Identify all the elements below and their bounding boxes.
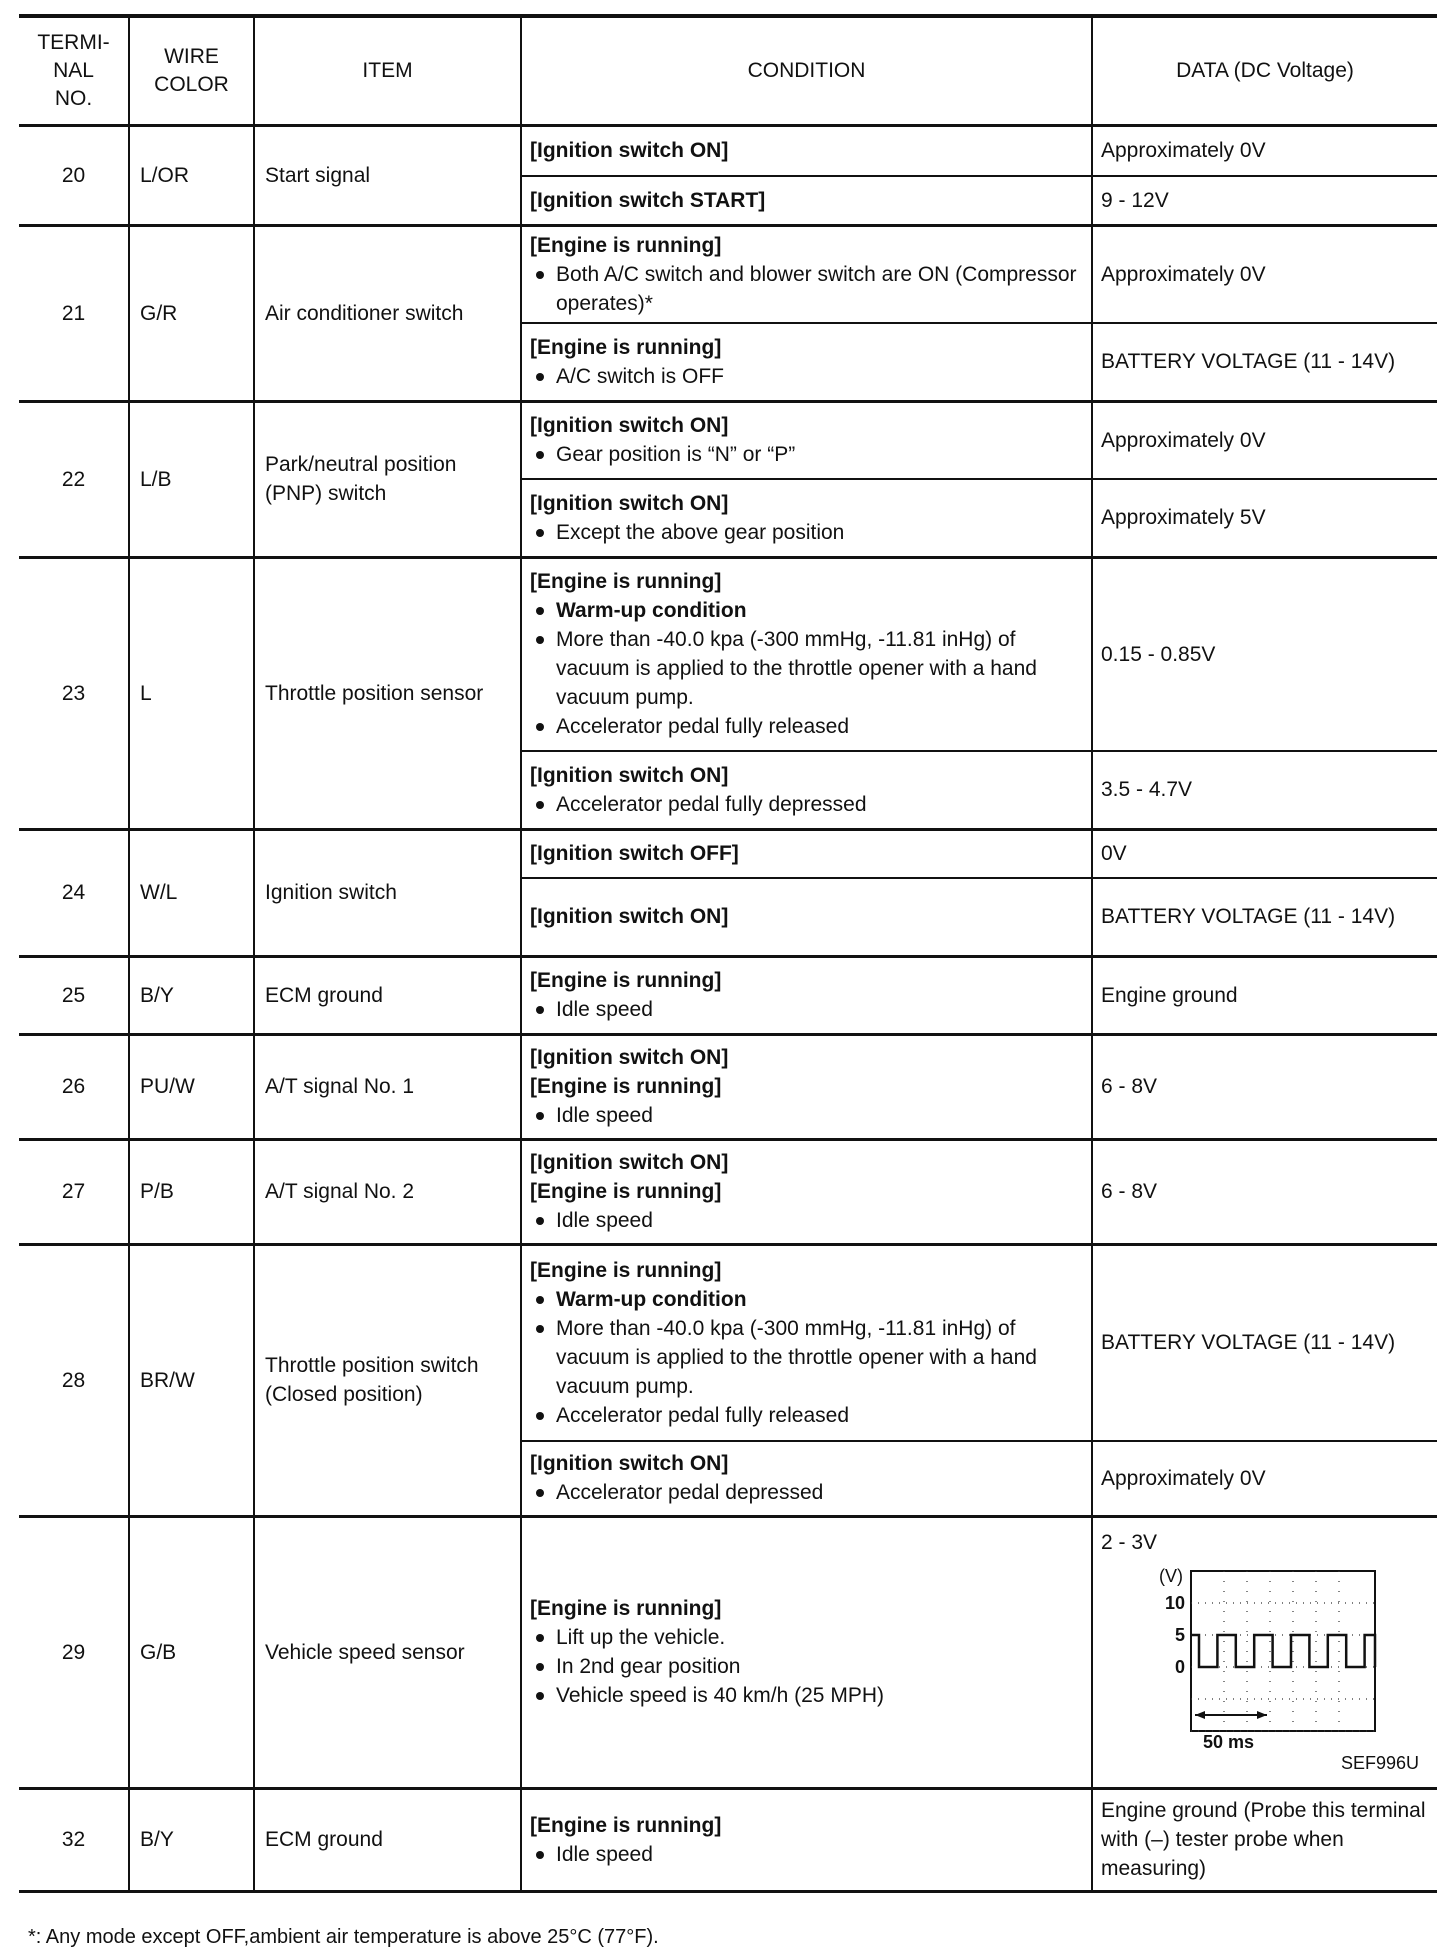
condition-heading: [Engine is running] <box>530 1177 1083 1206</box>
condition-bullet: Lift up the vehicle. <box>530 1623 1083 1652</box>
item-name: Ignition switch <box>254 829 521 956</box>
header-wire-line: WIRE <box>164 45 219 68</box>
condition-bullet: A/C switch is OFF <box>530 362 1083 391</box>
condition-cell: [Engine is running]A/C switch is OFF <box>521 323 1092 401</box>
header-terminal-line: TERMI- <box>37 31 109 54</box>
terminal-number: 21 <box>19 226 129 402</box>
data-value-cell: BATTERY VOLTAGE (11 - 14V) <box>1092 323 1437 401</box>
y-axis-unit: (V) <box>1159 1567 1183 1585</box>
condition-bullet: In 2nd gear position <box>530 1652 1083 1681</box>
condition-bullet: Idle speed <box>530 995 1083 1024</box>
condition-cell: [Ignition switch ON][Engine is running]I… <box>521 1034 1092 1139</box>
terminal-number: 26 <box>19 1034 129 1139</box>
condition-cell: [Ignition switch ON]Gear position is “N”… <box>521 401 1092 479</box>
table-row: 28BR/WThrottle position switch (Closed p… <box>19 1244 1437 1441</box>
condition-cell: [Ignition switch OFF] <box>521 829 1092 878</box>
table-row: 21G/RAir conditioner switch[Engine is ru… <box>19 226 1437 324</box>
condition-bullet: Both A/C switch and blower switch are ON… <box>530 260 1083 318</box>
data-value-cell: Approximately 5V <box>1092 479 1437 557</box>
wire-color: G/B <box>129 1516 254 1788</box>
terminal-number: 20 <box>19 126 129 226</box>
terminal-number: 24 <box>19 829 129 956</box>
wire-color: L/OR <box>129 126 254 226</box>
table-header-row: TERMI- NAL NO. WIRE COLOR ITEM CONDITION… <box>19 16 1437 126</box>
header-data: DATA (DC Voltage) <box>1092 16 1437 126</box>
data-value-cell: 6 - 8V <box>1092 1034 1437 1139</box>
condition-heading: [Ignition switch ON] <box>530 902 1083 931</box>
header-terminal-line: NO. <box>55 87 92 110</box>
condition-cell: [Ignition switch ON][Engine is running]I… <box>521 1139 1092 1244</box>
item-name: Start signal <box>254 126 521 226</box>
table-row: 22L/BPark/neutral position (PNP) switch[… <box>19 401 1437 479</box>
time-scale-label: 50 ms <box>1203 1733 1254 1751</box>
condition-bullet: More than -40.0 kpa (-300 mmHg, -11.81 i… <box>530 1314 1083 1401</box>
condition-bullet: Accelerator pedal depressed <box>530 1478 1083 1507</box>
terminal-number: 27 <box>19 1139 129 1244</box>
condition-heading: [Engine is running] <box>530 966 1083 995</box>
data-value-cell: 6 - 8V <box>1092 1139 1437 1244</box>
condition-cell: [Engine is running]Both A/C switch and b… <box>521 226 1092 324</box>
condition-cell: [Engine is running]Lift up the vehicle.I… <box>521 1516 1092 1788</box>
item-name: Air conditioner switch <box>254 226 521 402</box>
condition-cell: [Ignition switch ON] <box>521 878 1092 956</box>
table-row: 27P/BA/T signal No. 2[Ignition switch ON… <box>19 1139 1437 1244</box>
condition-cell: [Engine is running]Idle speed <box>521 1788 1092 1891</box>
condition-cell: [Ignition switch START] <box>521 176 1092 226</box>
data-value-cell: BATTERY VOLTAGE (11 - 14V) <box>1092 1244 1437 1441</box>
condition-heading: [Engine is running] <box>530 1256 1083 1285</box>
data-value-cell: 0V <box>1092 829 1437 878</box>
data-value-cell: 0.15 - 0.85V <box>1092 557 1437 751</box>
ecm-terminal-table: TERMI- NAL NO. WIRE COLOR ITEM CONDITION… <box>19 14 1437 1893</box>
terminal-number: 28 <box>19 1244 129 1516</box>
condition-cell: [Ignition switch ON]Accelerator pedal fu… <box>521 751 1092 829</box>
header-terminal-line: NAL <box>53 59 94 82</box>
wire-color: B/Y <box>129 956 254 1034</box>
condition-bullet: Gear position is “N” or “P” <box>530 440 1083 469</box>
data-value-cell: Engine ground <box>1092 956 1437 1034</box>
condition-cell: [Engine is running]Warm-up conditionMore… <box>521 557 1092 751</box>
header-item: ITEM <box>254 16 521 126</box>
condition-heading: [Ignition switch ON] <box>530 136 1083 165</box>
terminal-number: 23 <box>19 557 129 829</box>
condition-cell: [Ignition switch ON]Accelerator pedal de… <box>521 1441 1092 1516</box>
wire-color: PU/W <box>129 1034 254 1139</box>
y-tick-10: 10 <box>1165 1594 1185 1612</box>
wire-color: B/Y <box>129 1788 254 1891</box>
data-value-cell: Approximately 0V <box>1092 226 1437 324</box>
item-name: Vehicle speed sensor <box>254 1516 521 1788</box>
wire-color: L/B <box>129 401 254 557</box>
data-value-cell: Approximately 0V <box>1092 401 1437 479</box>
item-name: ECM ground <box>254 1788 521 1891</box>
terminal-number: 32 <box>19 1788 129 1891</box>
condition-bullet: Accelerator pedal fully depressed <box>530 790 1083 819</box>
condition-bullet: Except the above gear position <box>530 518 1083 547</box>
condition-heading: [Ignition switch ON] <box>530 1043 1083 1072</box>
terminal-number: 25 <box>19 956 129 1034</box>
item-name: ECM ground <box>254 956 521 1034</box>
condition-heading: [Engine is running] <box>530 231 1083 260</box>
y-tick-5: 5 <box>1175 1626 1185 1644</box>
wire-color: BR/W <box>129 1244 254 1516</box>
waveform-plot <box>1157 1567 1387 1737</box>
data-value-cell: Approximately 0V <box>1092 1441 1437 1516</box>
condition-bullet: Warm-up condition <box>530 1285 1083 1314</box>
data-value-cell: Engine ground (Probe this terminal with … <box>1092 1788 1437 1891</box>
condition-heading: [Ignition switch START] <box>530 186 1083 215</box>
condition-heading: [Ignition switch ON] <box>530 489 1083 518</box>
condition-heading: [Ignition switch ON] <box>530 1449 1083 1478</box>
condition-bullet: Warm-up condition <box>530 596 1083 625</box>
condition-bullet: Idle speed <box>530 1840 1083 1869</box>
condition-bullet: Idle speed <box>530 1101 1083 1130</box>
data-value-cell: Approximately 0V <box>1092 126 1437 176</box>
terminal-number: 29 <box>19 1516 129 1788</box>
condition-heading: [Engine is running] <box>530 1594 1083 1623</box>
condition-bullet: Accelerator pedal fully released <box>530 1401 1083 1430</box>
condition-bullet: More than -40.0 kpa (-300 mmHg, -11.81 i… <box>530 625 1083 712</box>
y-tick-0: 0 <box>1175 1658 1185 1676</box>
wire-color: W/L <box>129 829 254 956</box>
item-name: Park/neutral position (PNP) switch <box>254 401 521 557</box>
terminal-number: 22 <box>19 401 129 557</box>
figure-id: SEF996U <box>1101 1749 1429 1778</box>
data-value: 2 - 3V <box>1101 1528 1429 1557</box>
table-body: 20L/ORStart signal[Ignition switch ON]Ap… <box>19 126 1437 1892</box>
data-value-cell: 9 - 12V <box>1092 176 1437 226</box>
condition-heading: [Ignition switch ON] <box>530 1148 1083 1177</box>
condition-cell: [Ignition switch ON] <box>521 126 1092 176</box>
item-name: Throttle position switch (Closed positio… <box>254 1244 521 1516</box>
item-name: Throttle position sensor <box>254 557 521 829</box>
table-row: 26PU/WA/T signal No. 1[Ignition switch O… <box>19 1034 1437 1139</box>
condition-heading: [Engine is running] <box>530 1072 1083 1101</box>
header-wire-line: COLOR <box>154 73 229 96</box>
data-value-cell: 2 - 3V(V)105050 msSEF996U <box>1092 1516 1437 1788</box>
table-row: 24W/LIgnition switch[Ignition switch OFF… <box>19 829 1437 878</box>
condition-bullet: Vehicle speed is 40 km/h (25 MPH) <box>530 1681 1083 1710</box>
oscilloscope-waveform: (V)105050 ms <box>1157 1567 1387 1737</box>
footnote: *: Any mode except OFF,ambient air tempe… <box>28 1926 659 1948</box>
condition-heading: [Engine is running] <box>530 1811 1083 1840</box>
condition-bullet: Idle speed <box>530 1206 1083 1235</box>
condition-heading: [Ignition switch ON] <box>530 761 1083 790</box>
table-row: 20L/ORStart signal[Ignition switch ON]Ap… <box>19 126 1437 176</box>
condition-cell: [Ignition switch ON]Except the above gea… <box>521 479 1092 557</box>
condition-cell: [Engine is running]Idle speed <box>521 956 1092 1034</box>
condition-heading: [Ignition switch OFF] <box>530 839 1083 868</box>
condition-heading: [Engine is running] <box>530 333 1083 362</box>
item-name: A/T signal No. 2 <box>254 1139 521 1244</box>
wire-color: L <box>129 557 254 829</box>
table-row: 23LThrottle position sensor[Engine is ru… <box>19 557 1437 751</box>
table-row: 25B/YECM ground[Engine is running]Idle s… <box>19 956 1437 1034</box>
wire-color: P/B <box>129 1139 254 1244</box>
header-terminal-no: TERMI- NAL NO. <box>19 16 129 126</box>
data-value-cell: 3.5 - 4.7V <box>1092 751 1437 829</box>
condition-heading: [Engine is running] <box>530 567 1083 596</box>
table-row: 29G/BVehicle speed sensor[Engine is runn… <box>19 1516 1437 1788</box>
header-wire-color: WIRE COLOR <box>129 16 254 126</box>
wire-color: G/R <box>129 226 254 402</box>
condition-cell: [Engine is running]Warm-up conditionMore… <box>521 1244 1092 1441</box>
header-condition: CONDITION <box>521 16 1092 126</box>
item-name: A/T signal No. 1 <box>254 1034 521 1139</box>
condition-bullet: Accelerator pedal fully released <box>530 712 1083 741</box>
table-row: 32B/YECM ground[Engine is running]Idle s… <box>19 1788 1437 1891</box>
condition-heading: [Ignition switch ON] <box>530 411 1083 440</box>
data-value-cell: BATTERY VOLTAGE (11 - 14V) <box>1092 878 1437 956</box>
